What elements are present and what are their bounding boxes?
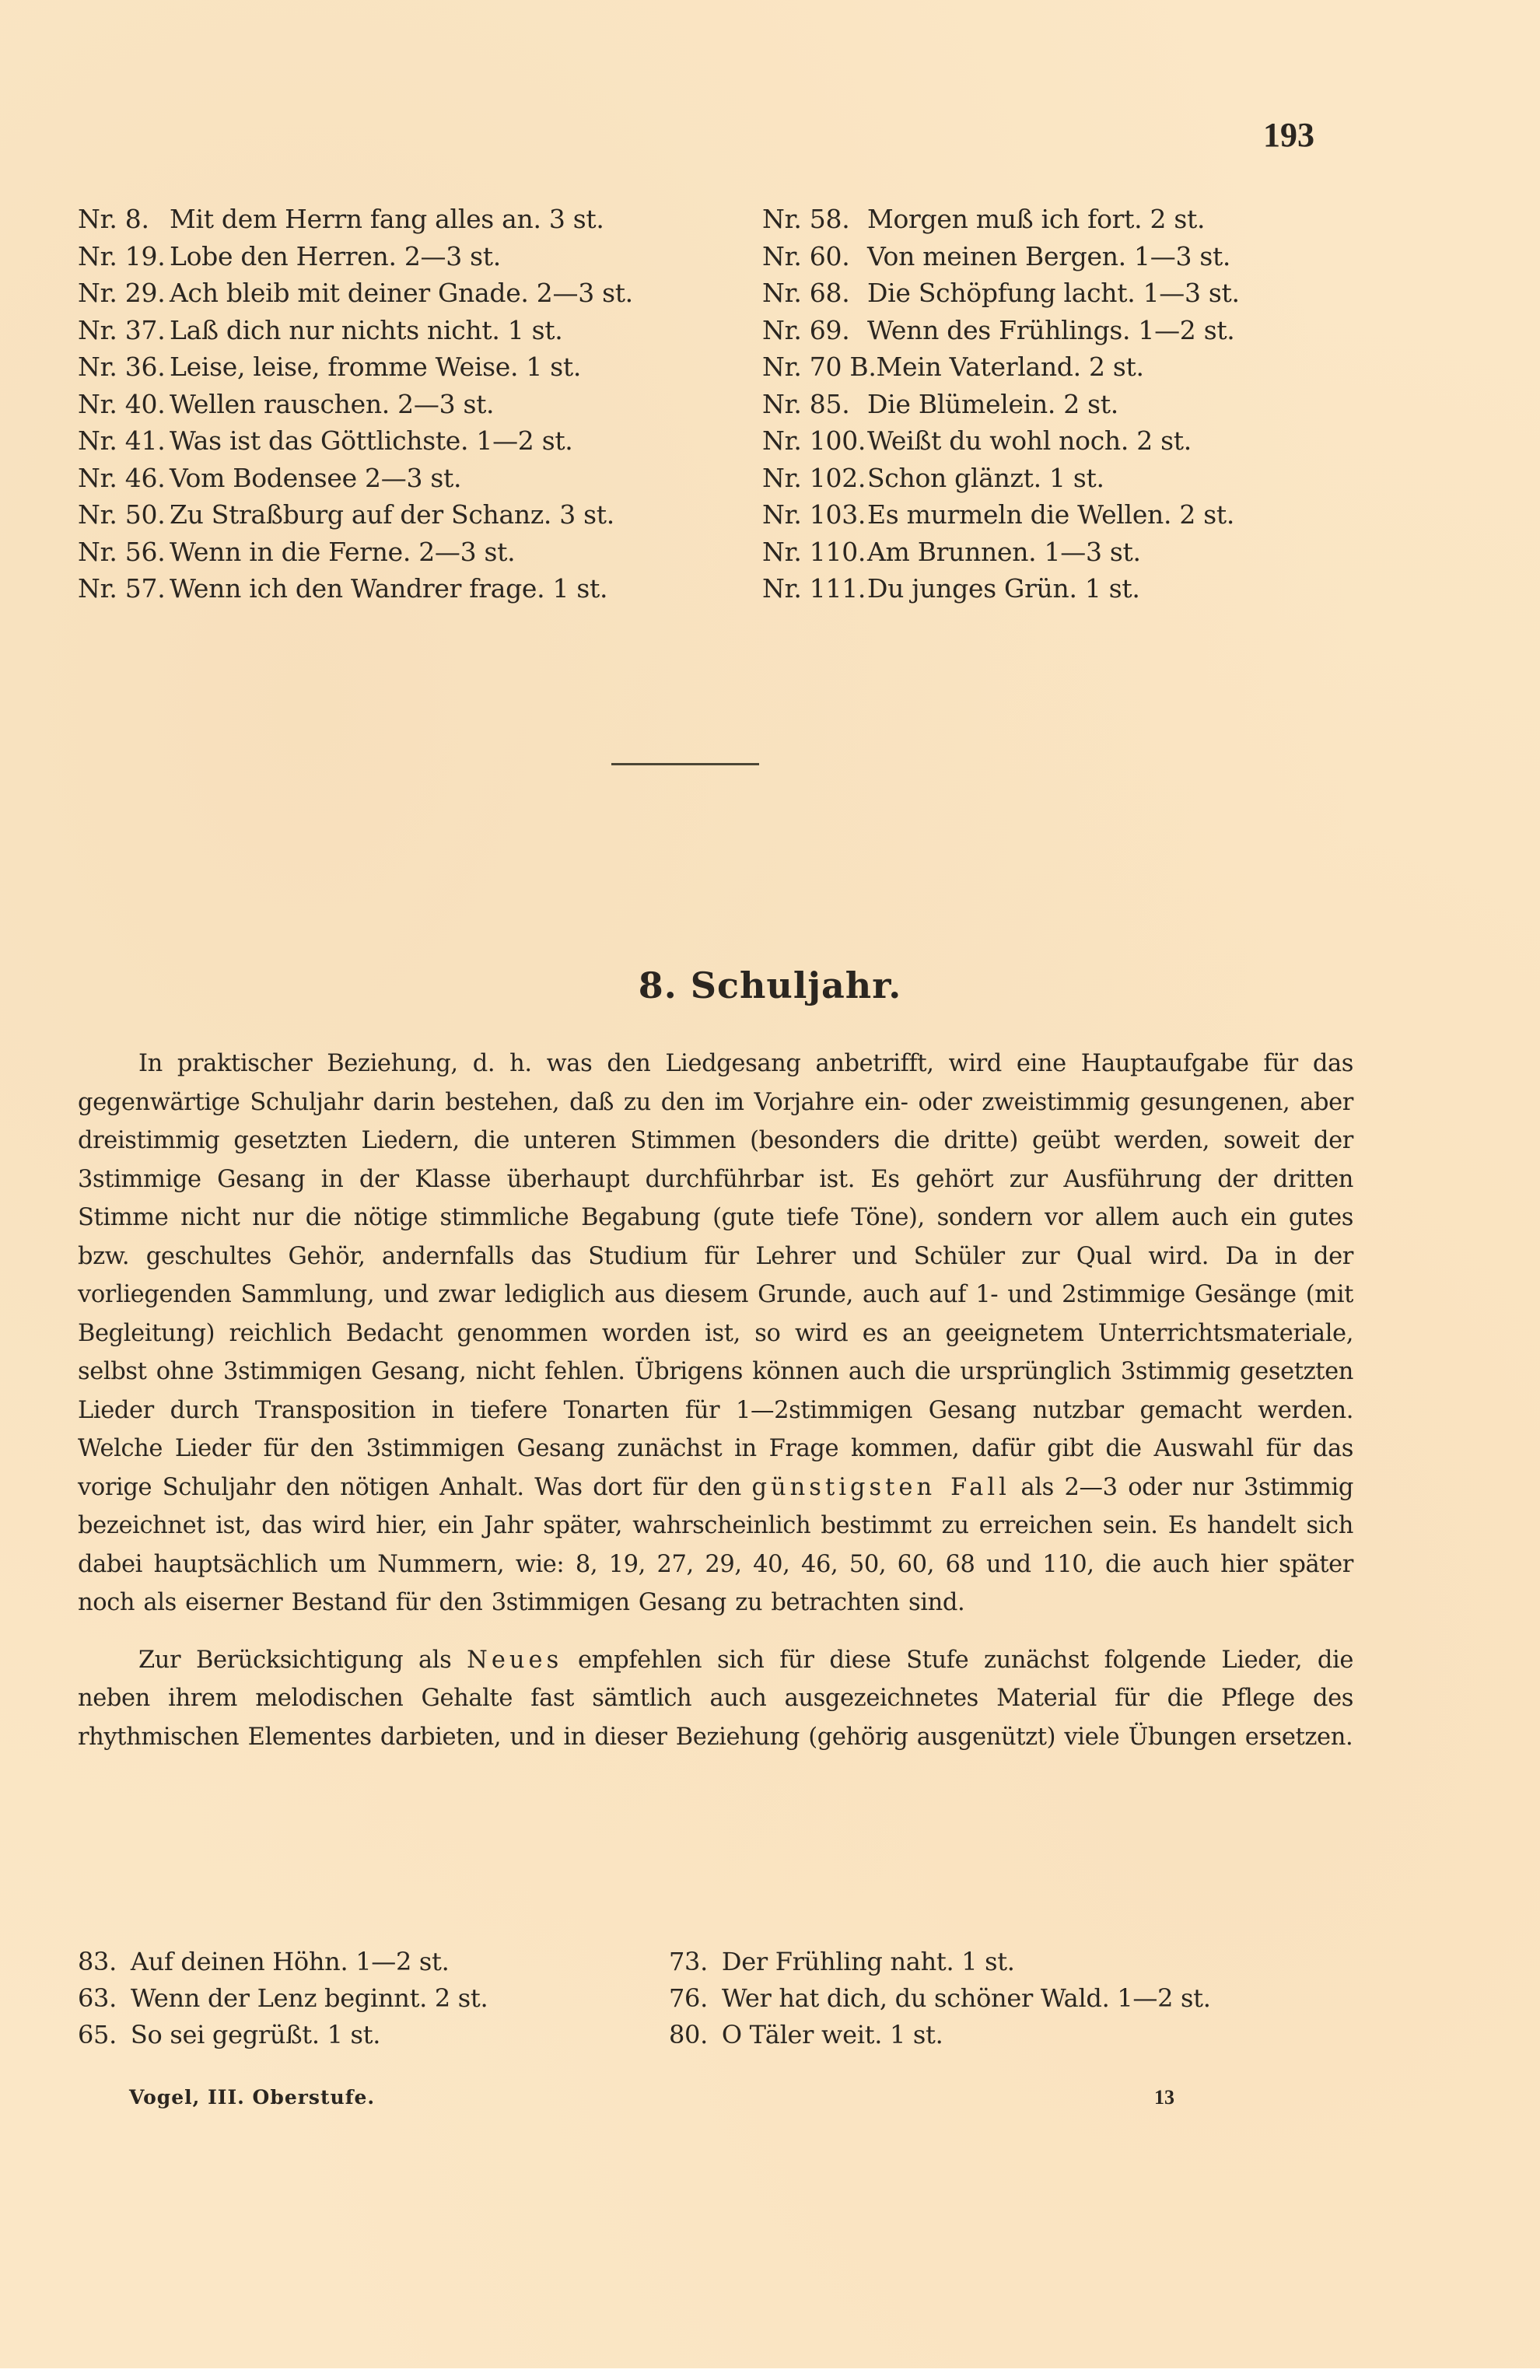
song-entry: 63. Wenn der Lenz beginnt. 2 st. bbox=[78, 1980, 669, 2017]
song-title: Wenn ich den Wandrer frage. 1 st. bbox=[170, 573, 607, 604]
song-entry: Nr. 100.Weißt du wohl noch. 2 st. bbox=[762, 422, 1353, 460]
song-title: Wenn des Frühlings. 1—2 st. bbox=[867, 315, 1234, 345]
emphasized-text: günstigsten Fall bbox=[751, 1474, 1010, 1501]
song-title: Der Frühling naht. 1 st. bbox=[722, 1947, 1015, 1976]
song-entry: Nr. 58.Morgen muß ich fort. 2 st. bbox=[762, 201, 1353, 238]
song-number: Nr. 56. bbox=[78, 534, 170, 571]
song-entry: Nr. 102.Schon glänzt. 1 st. bbox=[762, 460, 1353, 497]
song-title: Mit dem Herrn fang alles an. 3 st. bbox=[170, 204, 604, 234]
song-entry: Nr. 111.Du junges Grün. 1 st. bbox=[762, 570, 1353, 607]
song-entry: 83. Auf deinen Höhn. 1—2 st. bbox=[78, 1944, 669, 1980]
song-list-right-column: Nr. 58.Morgen muß ich fort. 2 st. Nr. 60… bbox=[748, 201, 1353, 607]
song-entry: Nr. 40.Wellen rauschen. 2—3 st. bbox=[78, 386, 723, 423]
song-number: Nr. 69. bbox=[762, 312, 867, 349]
song-number: 83. bbox=[78, 1944, 123, 1980]
song-number: Nr. 29. bbox=[78, 275, 170, 312]
song-title: So sei gegrüßt. 1 st. bbox=[131, 2020, 380, 2049]
song-entry: Nr. 8.Mit dem Herrn fang alles an. 3 st. bbox=[78, 201, 723, 238]
song-entry: Nr. 37.Laß dich nur nichts nicht. 1 st. bbox=[78, 312, 723, 349]
paragraph-practical-singing: In praktischer Beziehung, d. h. was den … bbox=[78, 1045, 1353, 1622]
song-entry: Nr. 19.Lobe den Herren. 2—3 st. bbox=[78, 238, 723, 275]
song-number: Nr. 103. bbox=[762, 496, 867, 534]
song-number: Nr. 50. bbox=[78, 496, 170, 534]
song-number: Nr. 37. bbox=[78, 312, 170, 349]
song-title: Zu Straßburg auf der Schanz. 3 st. bbox=[170, 499, 614, 530]
song-number: Nr. 57. bbox=[78, 570, 170, 607]
song-number: Nr. 19. bbox=[78, 238, 170, 275]
song-number: Nr. 58. bbox=[762, 201, 867, 238]
song-number: Nr. 46. bbox=[78, 460, 170, 497]
song-number: Nr. 41. bbox=[78, 422, 170, 460]
song-title: Du junges Grün. 1 st. bbox=[867, 573, 1140, 604]
sheet-number: 13 bbox=[397, 2086, 1174, 2109]
song-number: Nr. 60. bbox=[762, 238, 867, 275]
song-title: Mein Vaterland. 2 st. bbox=[877, 352, 1144, 382]
book-page: 193 Nr. 8.Mit dem Herrn fang alles an. 3… bbox=[0, 0, 1540, 2368]
song-title: Wer hat dich, du schöner Wald. 1—2 st. bbox=[722, 1983, 1211, 2013]
song-title: Vom Bodensee 2—3 st. bbox=[170, 463, 461, 493]
chapter-heading: 8. Schuljahr. bbox=[0, 964, 1540, 1006]
song-title: O Täler weit. 1 st. bbox=[722, 2020, 943, 2049]
song-title: Die Blümelein. 2 st. bbox=[867, 389, 1118, 419]
body-text: In praktischer Beziehung, d. h. was den … bbox=[78, 1045, 1353, 1756]
song-entry: Nr. 50.Zu Straßburg auf der Schanz. 3 st… bbox=[78, 496, 723, 534]
section-divider bbox=[611, 763, 759, 765]
song-entry: 80. O Täler weit. 1 st. bbox=[669, 2017, 1353, 2053]
song-number: 73. bbox=[669, 1944, 714, 1980]
song-entry: Nr. 29.Ach bleib mit deiner Gnade. 2—3 s… bbox=[78, 275, 723, 312]
song-number: 65. bbox=[78, 2017, 123, 2053]
song-title: Was ist das Göttlichste. 1—2 st. bbox=[170, 425, 572, 456]
song-title: Weißt du wohl noch. 2 st. bbox=[867, 425, 1192, 456]
song-number: 76. bbox=[669, 1980, 714, 2017]
song-entry: Nr. 57.Wenn ich den Wandrer frage. 1 st. bbox=[78, 570, 723, 607]
song-title: Wenn in die Ferne. 2—3 st. bbox=[170, 537, 515, 567]
song-number: Nr. 85. bbox=[762, 386, 867, 423]
song-title: Von meinen Bergen. 1—3 st. bbox=[867, 241, 1230, 271]
paragraph-text: Zur Berücksichtigung als bbox=[138, 1647, 467, 1674]
paragraph-new-songs: Zur Berücksichtigung als Neues empfehlen… bbox=[78, 1641, 1353, 1757]
song-number: Nr. 110. bbox=[762, 534, 867, 571]
song-list-3-voice: Nr. 8.Mit dem Herrn fang alles an. 3 st.… bbox=[78, 201, 1353, 607]
song-title: Leise, leise, fromme Weise. 1 st. bbox=[170, 352, 581, 382]
song-title: Wenn der Lenz beginnt. 2 st. bbox=[131, 1983, 488, 2013]
song-number: Nr. 100. bbox=[762, 422, 867, 460]
song-entry: Nr. 68.Die Schöpfung lacht. 1—3 st. bbox=[762, 275, 1353, 312]
emphasized-text: Neues bbox=[467, 1647, 562, 1674]
song-title: Lobe den Herren. 2—3 st. bbox=[170, 241, 501, 271]
song-title: Schon glänzt. 1 st. bbox=[867, 463, 1104, 493]
song-title: Die Schöpfung lacht. 1—3 st. bbox=[867, 278, 1240, 308]
song-entry: 65. So sei gegrüßt. 1 st. bbox=[78, 2017, 669, 2053]
song-entry: Nr. 85.Die Blümelein. 2 st. bbox=[762, 386, 1353, 423]
song-entry: Nr. 36.Leise, leise, fromme Weise. 1 st. bbox=[78, 348, 723, 386]
song-number: Nr. 36. bbox=[78, 348, 170, 386]
song-number: Nr. 68. bbox=[762, 275, 867, 312]
printer-signature: Vogel, III. Oberstufe. bbox=[129, 2086, 375, 2109]
paragraph-text: In praktischer Beziehung, d. h. was den … bbox=[78, 1050, 1353, 1501]
song-entry: Nr. 60.Von meinen Bergen. 1—3 st. bbox=[762, 238, 1353, 275]
song-number: Nr. 70 B. bbox=[762, 348, 877, 386]
song-number: 63. bbox=[78, 1980, 123, 2017]
page-number: 193 bbox=[1263, 115, 1314, 155]
song-number: Nr. 8. bbox=[78, 201, 170, 238]
song-entry: Nr. 110.Am Brunnen. 1—3 st. bbox=[762, 534, 1353, 571]
song-entry: Nr. 41.Was ist das Göttlichste. 1—2 st. bbox=[78, 422, 723, 460]
new-songs-list: 83. Auf deinen Höhn. 1—2 st. 73. Der Frü… bbox=[78, 1944, 1353, 2053]
song-number: Nr. 111. bbox=[762, 570, 867, 607]
song-title: Wellen rauschen. 2—3 st. bbox=[170, 389, 494, 419]
song-list-left-column: Nr. 8.Mit dem Herrn fang alles an. 3 st.… bbox=[78, 201, 723, 607]
song-title: Ach bleib mit deiner Gnade. 2—3 st. bbox=[170, 278, 633, 308]
song-title: Laß dich nur nichts nicht. 1 st. bbox=[170, 315, 562, 345]
song-number: Nr. 102. bbox=[762, 460, 867, 497]
song-title: Am Brunnen. 1—3 st. bbox=[867, 537, 1141, 567]
song-title: Es murmeln die Wellen. 2 st. bbox=[867, 499, 1234, 530]
song-entry: Nr. 46.Vom Bodensee 2—3 st. bbox=[78, 460, 723, 497]
song-entry: Nr. 70 B.Mein Vaterland. 2 st. bbox=[762, 348, 1353, 386]
song-entry: Nr. 103.Es murmeln die Wellen. 2 st. bbox=[762, 496, 1353, 534]
song-entry: Nr. 69.Wenn des Frühlings. 1—2 st. bbox=[762, 312, 1353, 349]
song-number: 80. bbox=[669, 2017, 714, 2053]
song-number: Nr. 40. bbox=[78, 386, 170, 423]
song-title: Morgen muß ich fort. 2 st. bbox=[867, 204, 1205, 234]
song-entry: 73. Der Frühling naht. 1 st. bbox=[669, 1944, 1353, 1980]
song-entry: Nr. 56.Wenn in die Ferne. 2—3 st. bbox=[78, 534, 723, 571]
song-entry: 76. Wer hat dich, du schöner Wald. 1—2 s… bbox=[669, 1980, 1353, 2017]
song-title: Auf deinen Höhn. 1—2 st. bbox=[131, 1947, 450, 1976]
